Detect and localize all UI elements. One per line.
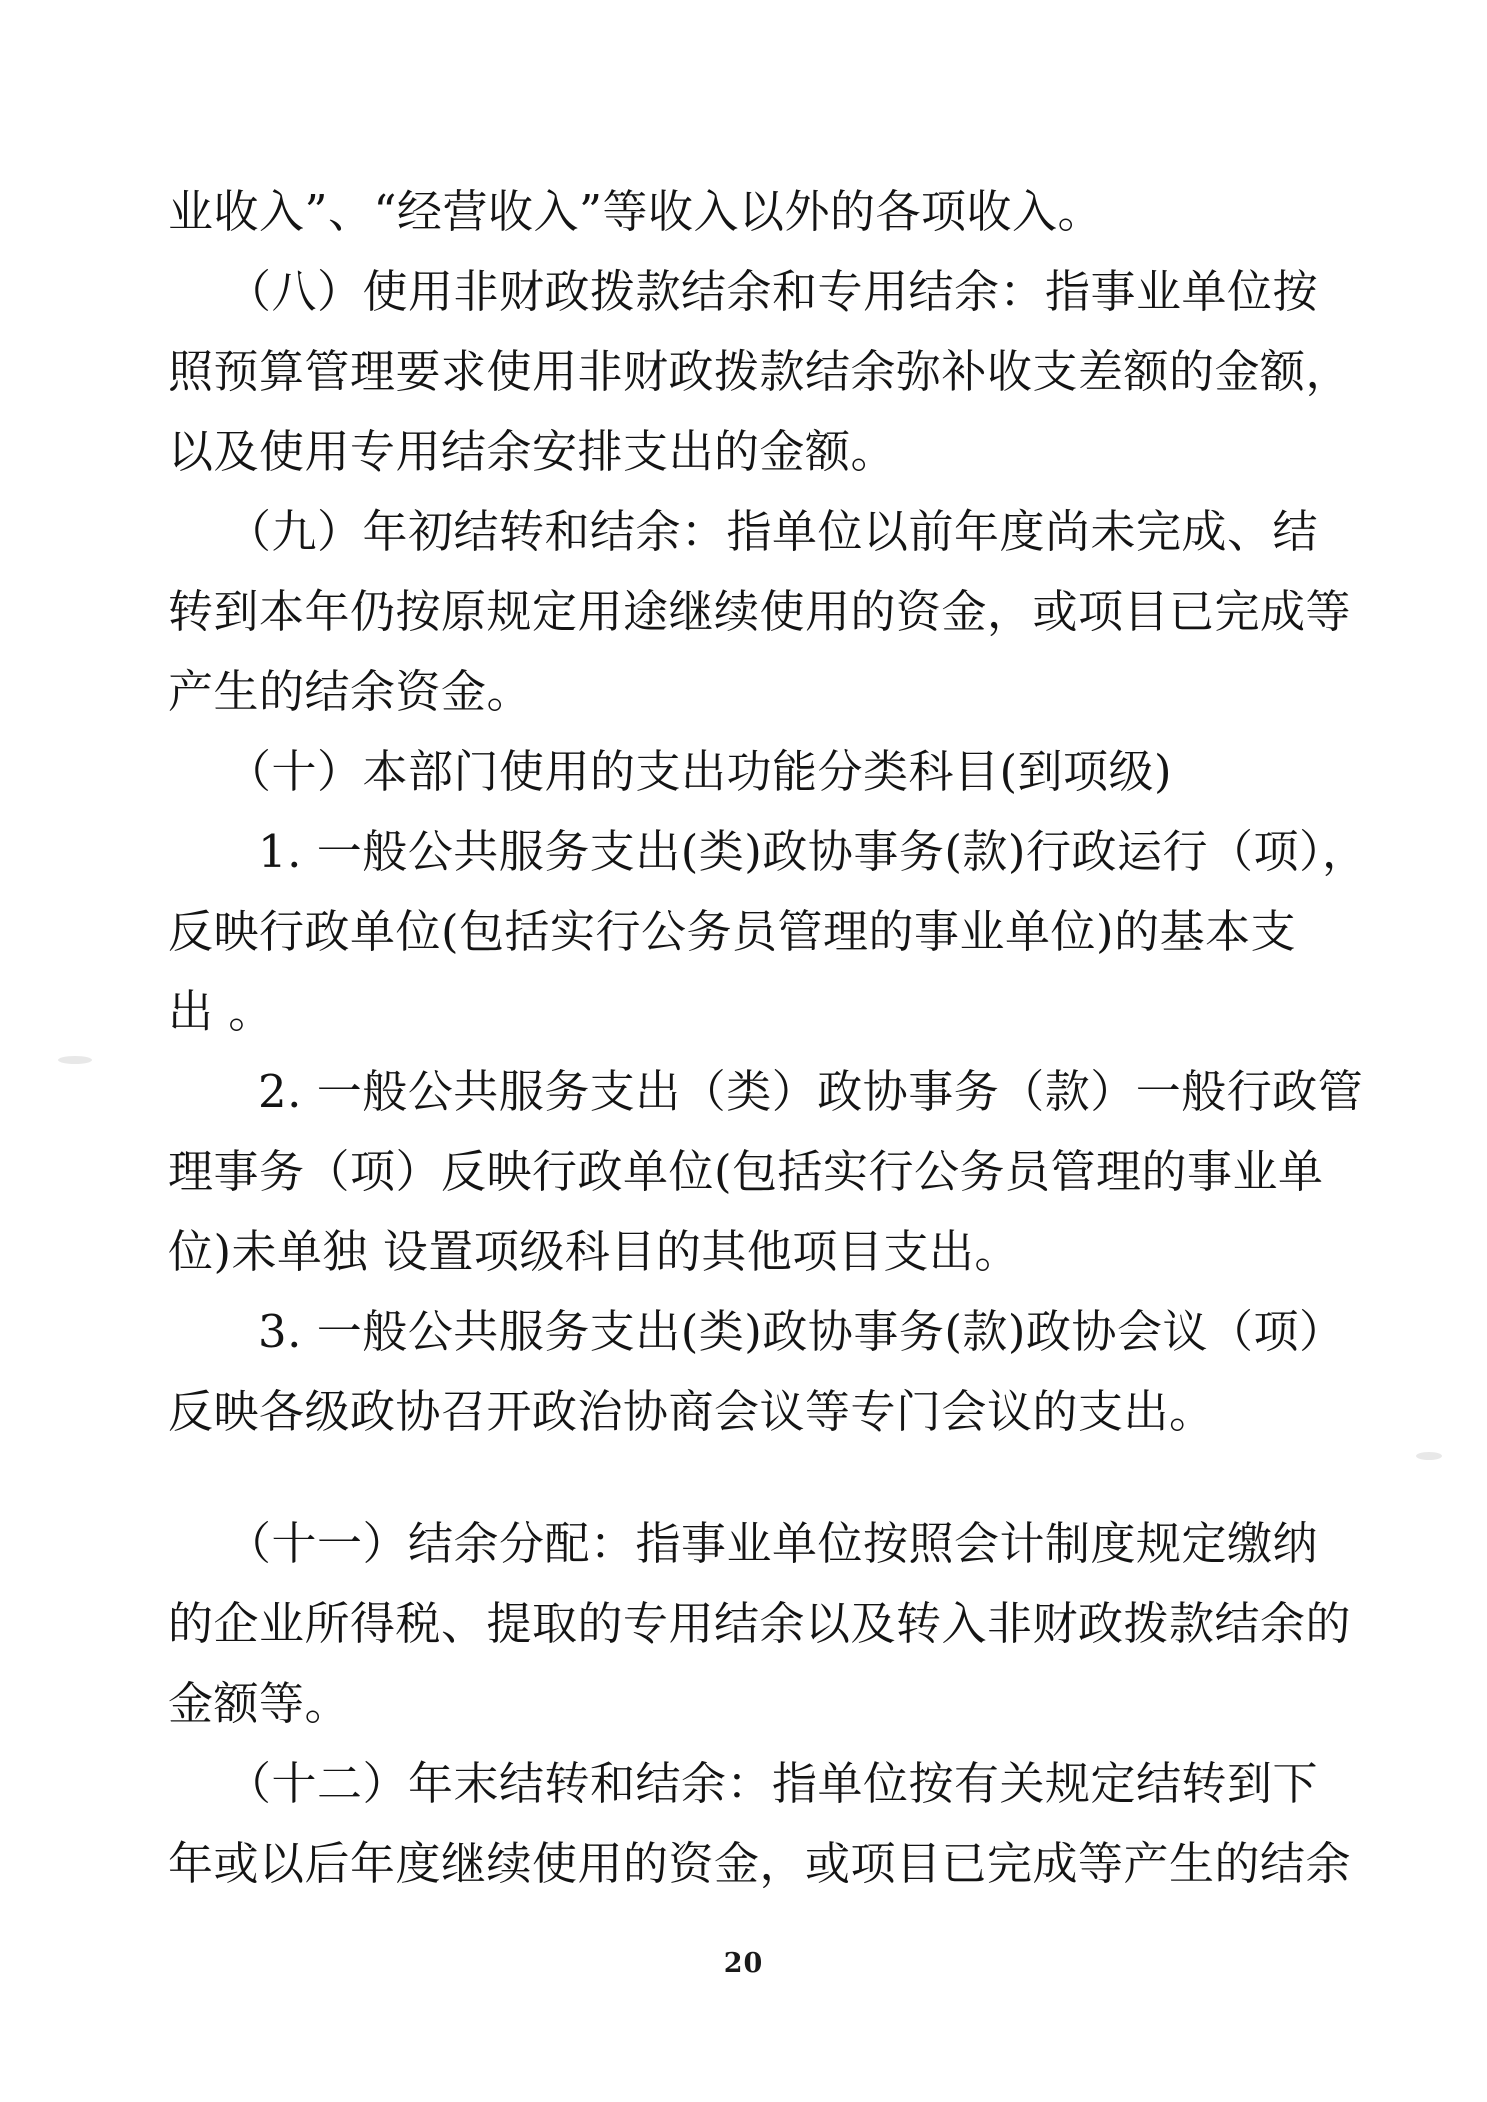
text-line-item-3: 3. 一般公共服务支出(类)政协事务(款)政协会议（项） xyxy=(168,1292,1348,1372)
text-line: 金额等。 xyxy=(168,1664,1348,1744)
document-text-block: 业收入”、“经营收入”等收入以外的各项收入。 （八）使用非财政拨款结余和专用结余… xyxy=(168,172,1348,1904)
text-line-item-2: 2. 一般公共服务支出（类）政协事务（款）一般行政管 xyxy=(168,1052,1348,1132)
text-line: 业收入”、“经营收入”等收入以外的各项收入。 xyxy=(168,172,1348,252)
text-line: 照预算管理要求使用非财政拨款结余弥补收支差额的金额， xyxy=(168,332,1348,412)
scan-artifact xyxy=(1416,1452,1442,1460)
page-number: 20 xyxy=(0,1948,1487,1979)
text-line: 转到本年仍按原规定用途继续使用的资金，或项目已完成等 xyxy=(168,572,1348,652)
text-line-item-1: 1. 一般公共服务支出(类)政协事务(款)行政运行（项）， xyxy=(168,812,1348,892)
document-page: 业收入”、“经营收入”等收入以外的各项收入。 （八）使用非财政拨款结余和专用结余… xyxy=(0,0,1487,2102)
text-line-section-10: （十）本部门使用的支出功能分类科目(到项级) xyxy=(168,732,1348,812)
text-line: 年或以后年度继续使用的资金，或项目已完成等产生的结余 xyxy=(168,1824,1348,1904)
text-line: 的企业所得税、提取的专用结余以及转入非财政拨款结余的 xyxy=(168,1584,1348,1664)
scan-artifact xyxy=(58,1056,92,1064)
text-line: 反映各级政协召开政治协商会议等专门会议的支出。 xyxy=(168,1372,1348,1452)
paragraph-gap xyxy=(168,1452,1348,1504)
text-line-section-11: （十一）结余分配：指事业单位按照会计制度规定缴纳 xyxy=(168,1504,1348,1584)
text-line: 反映行政单位(包括实行公务员管理的事业单位)的基本支 xyxy=(168,892,1348,972)
text-line: 以及使用专用结余安排支出的金额。 xyxy=(168,412,1348,492)
text-line-section-9: （九）年初结转和结余：指单位以前年度尚未完成、结 xyxy=(168,492,1348,572)
text-line-section-12: （十二）年末结转和结余：指单位按有关规定结转到下 xyxy=(168,1744,1348,1824)
text-line: 位)未单独 设置项级科目的其他项目支出。 xyxy=(168,1212,1348,1292)
text-line: 出 。 xyxy=(168,972,1348,1052)
text-line: 产生的结余资金。 xyxy=(168,652,1348,732)
text-line-section-8: （八）使用非财政拨款结余和专用结余：指事业单位按 xyxy=(168,252,1348,332)
text-line: 理事务（项）反映行政单位(包括实行公务员管理的事业单 xyxy=(168,1132,1348,1212)
